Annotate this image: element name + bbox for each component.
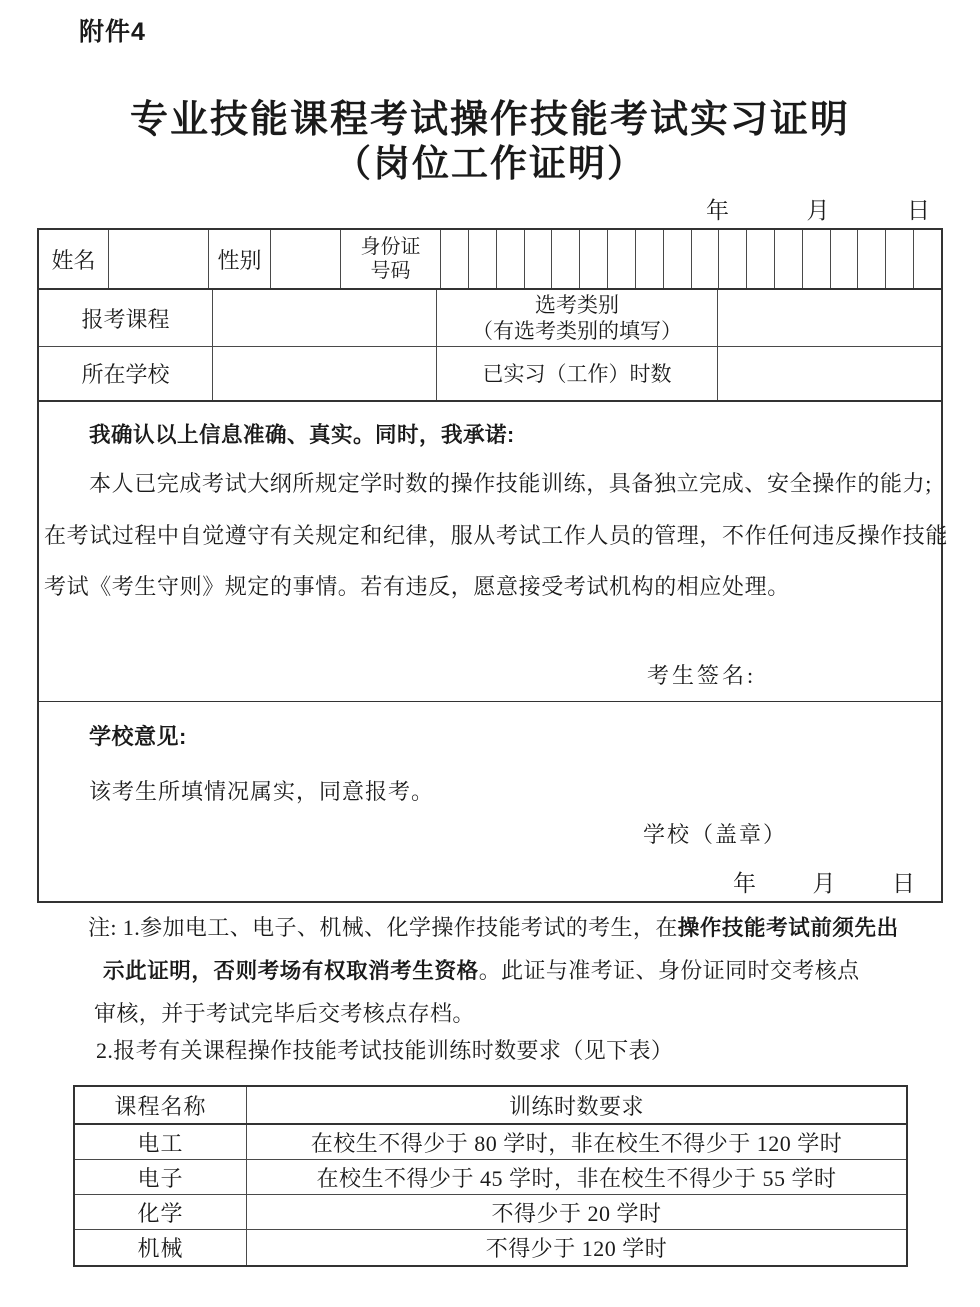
gender-input-cell — [271, 230, 341, 288]
school-seal-label: 学校（盖章） — [643, 818, 787, 849]
id-digit-cell — [636, 230, 664, 288]
hours-table-row: 电工在校生不得少于 80 学时，非在校生不得少于 120 学时 — [75, 1125, 906, 1160]
school-label-cell: 所在学校 — [39, 347, 213, 400]
course-input-cell — [213, 290, 437, 346]
id-digit-cell — [552, 230, 580, 288]
requirement-cell: 在校生不得少于 45 学时，非在校生不得少于 55 学时 — [247, 1160, 906, 1194]
school-input-cell — [213, 347, 437, 400]
id-digit-cell — [441, 230, 469, 288]
note-1-text: 注: 1.参加电工、电子、机械、化学操作技能考试的考生，在 — [88, 915, 678, 940]
id-digit-cell — [608, 230, 636, 288]
id-label-line-1: 身份证 — [361, 235, 421, 259]
requirement-cell: 不得少于 20 学时 — [247, 1195, 906, 1229]
elective-label-line-2: （有选考类别的填写） — [472, 318, 682, 344]
requirement-cell: 在校生不得少于 80 学时，非在校生不得少于 120 学时 — [247, 1125, 906, 1159]
note-2-bold-text: 示此证明，否则考场有权取消考生资格 — [103, 959, 479, 983]
hours-table-body: 电工在校生不得少于 80 学时，非在校生不得少于 120 学时电子在校生不得少于… — [75, 1125, 906, 1265]
hours-table-row: 化学不得少于 20 学时 — [75, 1195, 906, 1230]
id-digit-cell — [525, 230, 553, 288]
title-line-1: 专业技能课程考试操作技能考试实习证明 — [0, 97, 980, 143]
pledge-line-2: 在考试过程中自觉遵守有关规定和纪律，服从考试工作人员的管理，不作任何违反操作技能 — [44, 519, 948, 550]
course-name-cell: 电工 — [75, 1125, 247, 1159]
date-bottom-year: 年 — [733, 865, 756, 898]
id-digit-cell — [747, 230, 775, 288]
pledge-line-1: 本人已完成考试大纲所规定学时数的操作技能训练，具备独立完成、安全操作的能力; — [89, 467, 932, 498]
elective-input-cell — [718, 290, 941, 346]
course-name-header-cell: 课程名称 — [75, 1087, 247, 1123]
course-name-cell: 化学 — [75, 1195, 247, 1229]
form-title: 专业技能课程考试操作技能考试实习证明 （岗位工作证明） — [0, 97, 980, 187]
id-digit-cell — [692, 230, 720, 288]
note-line-4: 2.报考有关课程操作技能考试技能训练时数要求（见下表） — [96, 1034, 673, 1065]
id-digit-cell — [580, 230, 608, 288]
pledge-heading: 我确认以上信息准确、真实。同时，我承诺: — [89, 418, 515, 449]
attachment-label: 附件4 — [79, 12, 146, 48]
pledge-line-3: 考试《考生守则》规定的事情。若有违反，愿意接受考试机构的相应处理。 — [44, 570, 790, 601]
course-name-cell: 电子 — [75, 1160, 247, 1194]
id-digit-cell — [719, 230, 747, 288]
main-form-table: 姓名 性别 身份证 号码 报考课程 选考类别 （有选考类别的填写） 所在学校 已… — [37, 228, 943, 903]
date-bottom-day: 日 — [892, 865, 915, 898]
training-hours-table: 课程名称 训练时数要求 电工在校生不得少于 80 学时，非在校生不得少于 120… — [73, 1085, 908, 1267]
id-digit-cells — [441, 230, 941, 288]
requirement-header-cell: 训练时数要求 — [247, 1087, 906, 1123]
name-input-cell — [109, 230, 209, 288]
hours-table-row: 机械不得少于 120 学时 — [75, 1230, 906, 1265]
id-digit-cell — [886, 230, 914, 288]
row-personal-info: 姓名 性别 身份证 号码 — [39, 230, 941, 290]
note-2-text: 。此证与准考证、身份证同时交考核点 — [479, 958, 860, 983]
course-name-cell: 机械 — [75, 1230, 247, 1265]
pledge-section: 我确认以上信息准确、真实。同时，我承诺: 本人已完成考试大纲所规定学时数的操作技… — [39, 402, 941, 702]
id-digit-cell — [858, 230, 886, 288]
date-line-bottom: 年 月 日 — [733, 865, 915, 898]
id-label-line-2: 号码 — [371, 259, 411, 283]
row-course: 报考课程 选考类别 （有选考类别的填写） — [39, 290, 941, 347]
id-digit-cell — [664, 230, 692, 288]
id-digit-cell — [497, 230, 525, 288]
worked-hours-label: 已实习（工作）时数 — [483, 361, 672, 387]
date-line-top: 年 月 日 — [706, 192, 930, 225]
requirement-cell: 不得少于 120 学时 — [247, 1230, 906, 1265]
id-digit-cell — [803, 230, 831, 288]
title-line-2: （岗位工作证明） — [0, 143, 980, 187]
note-line-3: 审核，并于考试完毕后交考核点存档。 — [94, 997, 475, 1028]
date-top-day: 日 — [907, 192, 930, 225]
worked-hours-label-cell: 已实习（工作）时数 — [437, 347, 718, 400]
name-label-cell: 姓名 — [39, 230, 109, 288]
id-digit-cell — [775, 230, 803, 288]
course-label-cell: 报考课程 — [39, 290, 213, 346]
candidate-signature-label: 考生签名: — [647, 659, 756, 690]
id-digit-cell — [831, 230, 859, 288]
id-number-label-cell: 身份证 号码 — [341, 230, 441, 288]
hours-table-row: 电子在校生不得少于 45 学时，非在校生不得少于 55 学时 — [75, 1160, 906, 1195]
school-opinion-section: 学校意见: 该考生所填情况属实，同意报考。 学校（盖章） 年 月 日 — [39, 702, 941, 901]
gender-label-cell: 性别 — [209, 230, 271, 288]
hours-table-header: 课程名称 训练时数要求 — [75, 1087, 906, 1125]
id-digit-cell — [469, 230, 497, 288]
id-digit-cell — [914, 230, 941, 288]
school-opinion-text: 该考生所填情况属实，同意报考。 — [89, 775, 434, 806]
date-top-month: 月 — [807, 192, 830, 225]
date-bottom-month: 月 — [813, 865, 836, 898]
row-school: 所在学校 已实习（工作）时数 — [39, 347, 941, 402]
school-opinion-heading: 学校意见: — [89, 720, 187, 751]
elective-category-label-cell: 选考类别 （有选考类别的填写） — [437, 290, 718, 346]
worked-hours-input-cell — [718, 347, 941, 400]
note-line-1: 注: 1.参加电工、电子、机械、化学操作技能考试的考生，在操作技能考试前须先出 — [88, 911, 899, 942]
document-page: 附件4 专业技能课程考试操作技能考试实习证明 （岗位工作证明） 年 月 日 姓名… — [0, 0, 980, 1307]
elective-label-line-1: 选考类别 — [535, 292, 619, 318]
note-1-bold-text: 操作技能考试前须先出 — [678, 916, 899, 940]
date-top-year: 年 — [706, 192, 729, 225]
note-line-2: 示此证明，否则考场有权取消考生资格。此证与准考证、身份证同时交考核点 — [103, 954, 860, 985]
